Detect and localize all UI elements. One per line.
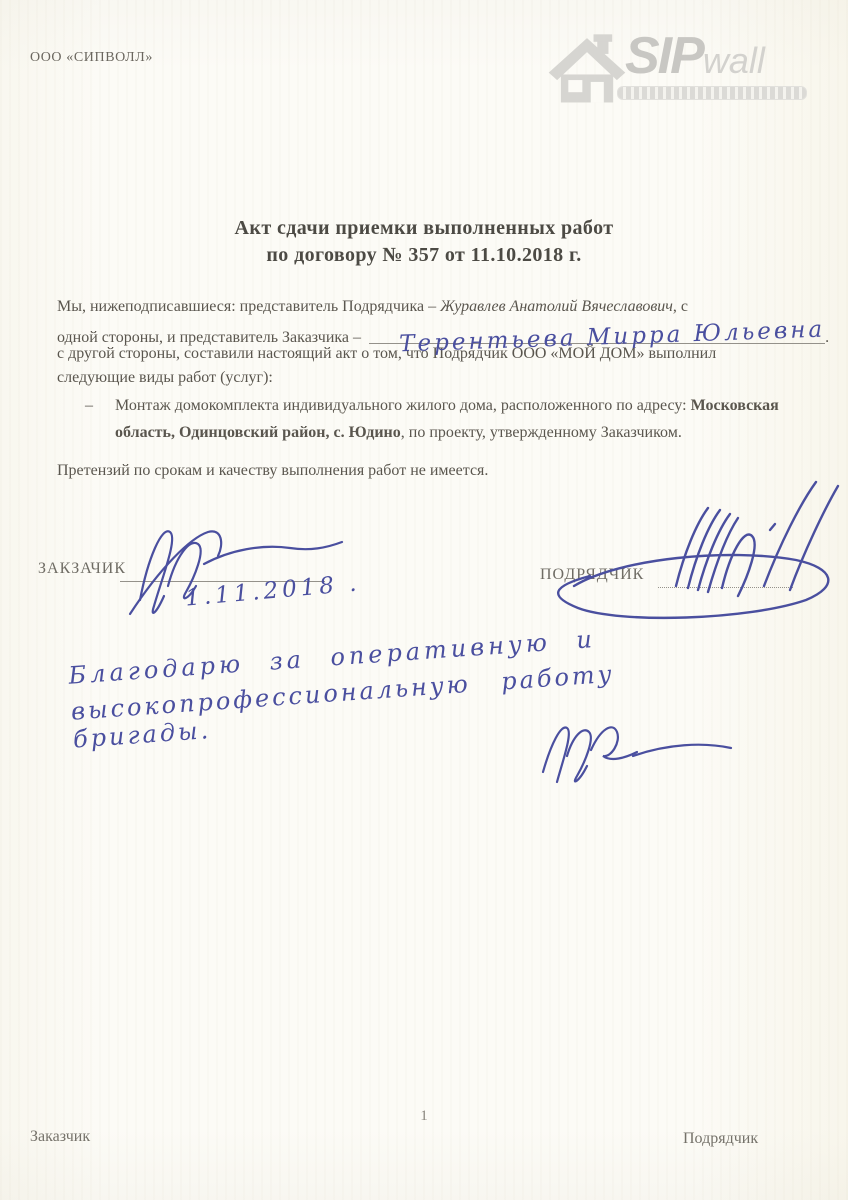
brand-wall: wall (703, 40, 765, 81)
sipwall-logo: SIPwall (545, 20, 810, 110)
page-number: 1 (0, 1108, 848, 1125)
p1-text: Мы, нижеподписавшиеся: представитель Под… (57, 298, 440, 315)
item-prefix: Монтаж домокомплекта индивидуального жил… (115, 397, 691, 414)
item-suffix: , по проекту, утвержденному Заказчиком. (401, 424, 682, 441)
p1-line2-period: . (825, 329, 829, 347)
no-claims-line: Претензий по срокам и качеству выполнени… (57, 462, 488, 480)
logo-tagline-band (617, 86, 807, 100)
contractor-signature (528, 468, 848, 628)
work-list-item: – Монтаж домокомплекта индивидуального ж… (85, 392, 797, 446)
main-paragraph: Мы, нижеподписавшиеся: представитель Под… (57, 298, 793, 392)
customer-name-blank-line: Терентьева Мирра Юльевна (369, 322, 825, 344)
title-line1: Акт сдачи приемки выполненных работ (0, 215, 848, 242)
list-dash: – (85, 392, 115, 446)
title-line2: по договору № 357 от 11.10.2018 г. (0, 242, 848, 269)
document-title: Акт сдачи приемки выполненных работ по д… (0, 215, 848, 269)
paragraph-line2: одной стороны, и представитель Заказчика… (57, 322, 793, 346)
handwritten-date: 1.11.2018 . (184, 570, 361, 611)
contractor-signature-line (658, 587, 793, 588)
list-item-text: Монтаж домокомплекта индивидуального жил… (115, 392, 791, 446)
p1-text-cont: , с (673, 298, 688, 315)
company-name: ООО «СИПВОЛЛ» (30, 50, 153, 66)
brand-text: SIPwall (625, 26, 765, 86)
paragraph-line1: Мы, нижеподписавшиеся: представитель Под… (57, 298, 793, 322)
contractor-person-name: Журавлев Анатолий Вячеславович (440, 298, 673, 315)
footer-customer-label: Заказчик (30, 1128, 90, 1146)
document-page: ООО «СИПВОЛЛ» SIPwall Акт сдачи приемки … (0, 0, 848, 1200)
footer-contractor-label: Подрядчик (683, 1130, 758, 1148)
contractor-signature-label: ПОДРЯДЧИК (540, 566, 644, 584)
paragraph-line4: следующие виды работ (услуг): (57, 369, 793, 393)
brand-sip: SIP (625, 27, 703, 85)
handwritten-note: Благодарю за оперативную и высокопрофесс… (68, 614, 753, 753)
p1-text-line2: одной стороны, и представитель Заказчика… (57, 329, 361, 347)
customer-signature-label: ЗАКЗАЧИК (38, 560, 126, 578)
